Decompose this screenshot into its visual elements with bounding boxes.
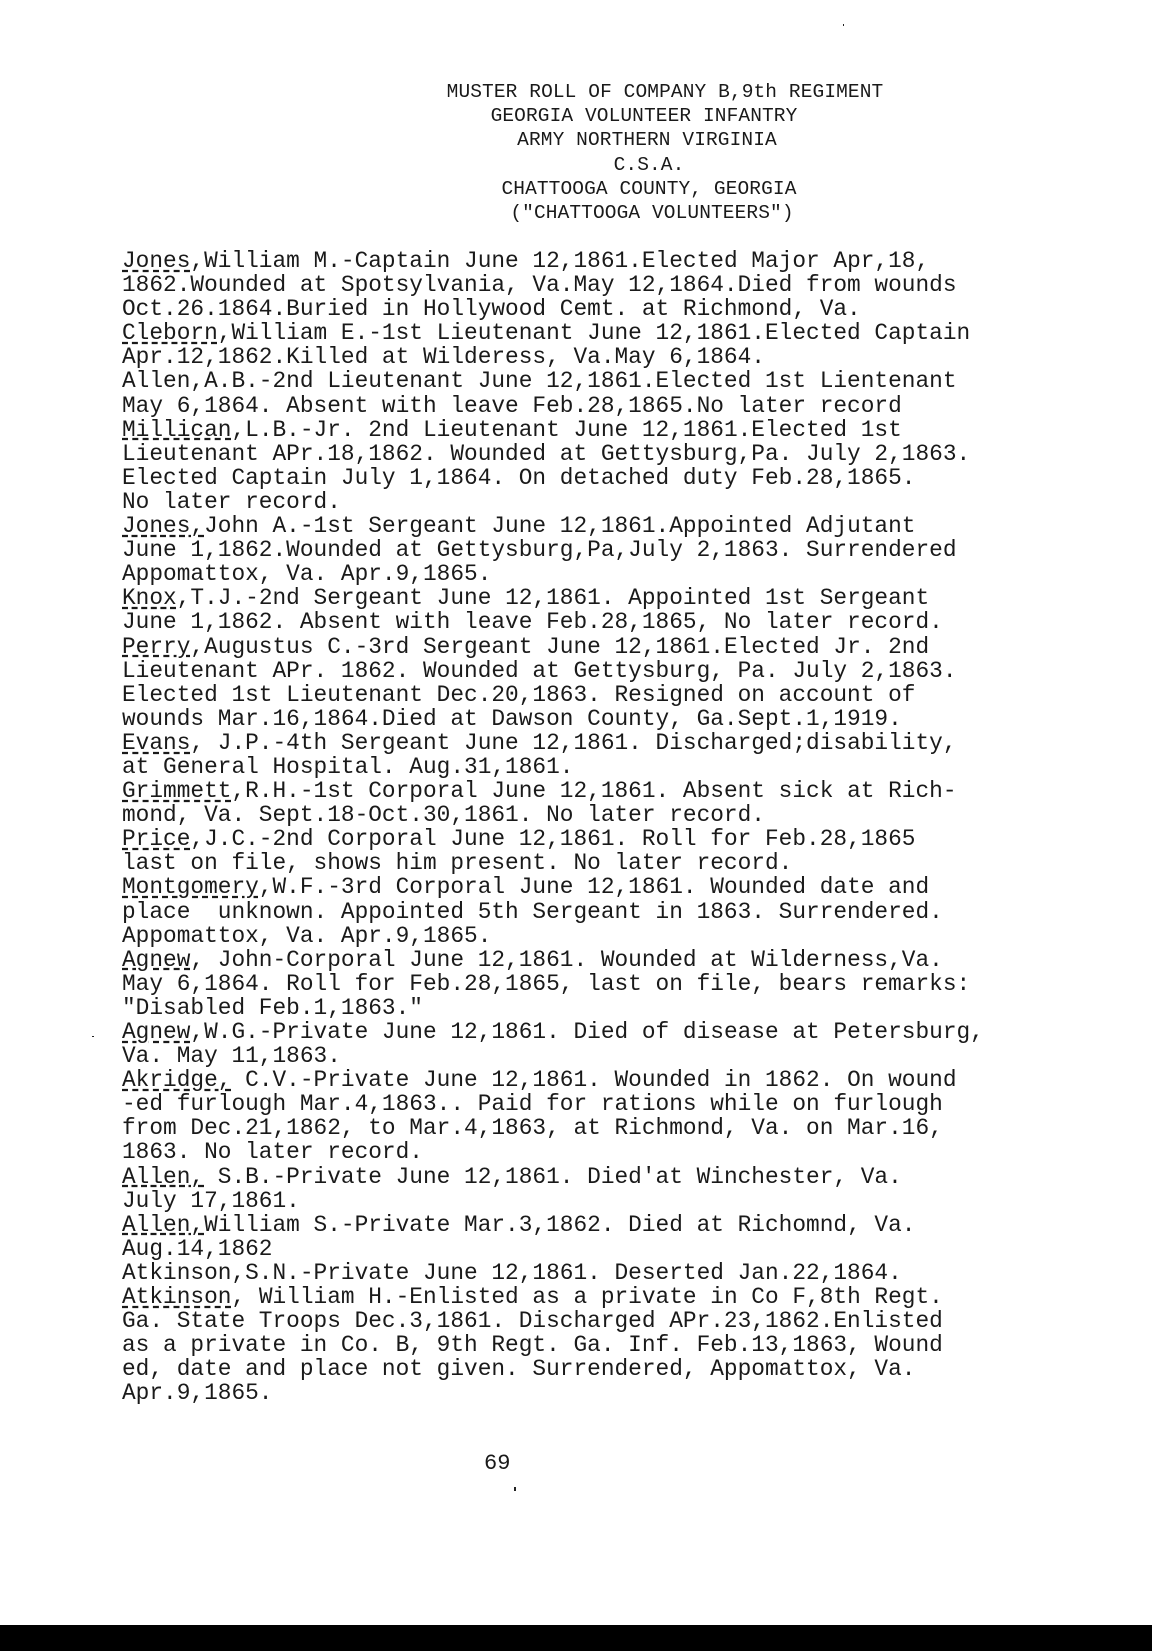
- entry-text: William S.-Private Mar.3,1862. Died at R…: [204, 1212, 915, 1238]
- entry-surname: Montgomery: [122, 874, 259, 900]
- roster-entry: Cleborn,William E.-1st Lieutenant June 1…: [122, 321, 1022, 369]
- entry-text: Allen,A.B.-2nd Lieutenant June 12,1861.E…: [122, 369, 1022, 393]
- roster-entry: Grimmett,R.H.-1st Corporal June 12,1861.…: [122, 779, 1022, 827]
- entry-text: S.B.-Private June 12,1861. Died'at Winch…: [204, 1164, 902, 1190]
- document-header: MUSTER ROLL OF COMPANY B,9th REGIMENT GE…: [0, 80, 1152, 225]
- entry-surname: Grimmett: [122, 778, 231, 804]
- entry-surname: Price: [122, 826, 190, 852]
- entry-text: Atkinson,S.N.-Private June 12,1861. Dese…: [122, 1261, 1022, 1285]
- roster-entry: Evans, J.P.-4th Sergeant June 12,1861. D…: [122, 731, 1022, 779]
- entry-text: place unknown. Appointed 5th Sergeant in…: [122, 900, 1022, 924]
- entry-text: ,W.G.-Private June 12,1861. Died of dise…: [190, 1019, 983, 1045]
- entry-text: from Dec.21,1862, to Mar.4,1863, at Rich…: [122, 1116, 1022, 1140]
- entry-surname: Knox: [122, 585, 177, 611]
- roster-entry: Millican,L.B.-Jr. 2nd Lieutenant June 12…: [122, 418, 1022, 514]
- entry-text: Apr.12,1862.Killed at Wilderess, Va.May …: [122, 345, 1022, 369]
- entry-text: John A.-1st Sergeant June 12,1861.Appoin…: [204, 513, 915, 539]
- entry-text: May 6,1864. Absent with leave Feb.28,186…: [122, 394, 1022, 418]
- header-subtitle-infantry: GEORGIA VOLUNTEER INFANTRY: [0, 104, 1152, 128]
- entry-text: , William H.-Enlisted as a private in Co…: [231, 1284, 942, 1310]
- roster-entry: Allen,A.B.-2nd Lieutenant June 12,1861.E…: [122, 369, 1022, 417]
- entry-text: Elected 1st Lieutenant Dec.20,1863. Resi…: [122, 683, 1022, 707]
- entry-text: July 17,1861.: [122, 1189, 1022, 1213]
- roster-entry: Atkinson, William H.-Enlisted as a priva…: [122, 1285, 1022, 1405]
- entry-text: 1862.Wounded at Spotsylvania, Va.May 12,…: [122, 273, 1022, 297]
- entry-text: Elected Captain July 1,1864. On detached…: [122, 466, 1022, 490]
- entry-text: , John-Corporal June 12,1861. Wounded at…: [190, 947, 942, 973]
- entry-surname: Atkinson: [122, 1284, 231, 1310]
- header-subtitle-csa: C.S.A.: [0, 153, 1152, 177]
- roster-entry: Allen,William S.-Private Mar.3,1862. Die…: [122, 1213, 1022, 1261]
- entry-text: C.V.-Private June 12,1861. Wounded in 18…: [231, 1067, 956, 1093]
- roster-entry: Montgomery,W.F.-3rd Corporal June 12,186…: [122, 875, 1022, 947]
- entry-text: as a private in Co. B, 9th Regt. Ga. Inf…: [122, 1333, 1022, 1357]
- entry-surname: Millican: [122, 417, 231, 443]
- entry-text: , J.P.-4th Sergeant June 12,1861. Discha…: [190, 730, 956, 756]
- entry-text: ,W.F.-3rd Corporal June 12,1861. Wounded…: [259, 874, 929, 900]
- entry-text: ,J.C.-2nd Corporal June 12,1861. Roll fo…: [190, 826, 915, 852]
- entry-text: ,William M.-Captain June 12,1861.Elected…: [190, 248, 929, 274]
- header-subtitle-army: ARMY NORTHERN VIRGINIA: [0, 128, 1152, 152]
- entry-text: Aug.14,1862: [122, 1237, 1022, 1261]
- entry-text: Oct.26.1864.Buried in Hollywood Cemt. at…: [122, 297, 1022, 321]
- entry-text: June 1,1862. Absent with leave Feb.28,18…: [122, 610, 1022, 634]
- roster-entry: Jones,William M.-Captain June 12,1861.El…: [122, 249, 1022, 321]
- entry-surname: Perry: [122, 634, 190, 660]
- roster-entry: Jones,John A.-1st Sergeant June 12,1861.…: [122, 514, 1022, 586]
- entry-text: Appomattox, Va. Apr.9,1865.: [122, 562, 1022, 586]
- entry-text: wounds Mar.16,1864.Died at Dawson County…: [122, 707, 1022, 731]
- roster-entry: Perry,Augustus C.-3rd Sergeant June 12,1…: [122, 635, 1022, 731]
- entry-text: Va. May 11,1863.: [122, 1044, 1022, 1068]
- header-subtitle-nickname: ("CHATTOOGA VOLUNTEERS"): [0, 201, 1152, 225]
- roster-entry: Price,J.C.-2nd Corporal June 12,1861. Ro…: [122, 827, 1022, 875]
- page-number: 69: [484, 1451, 510, 1476]
- entry-text: May 6,1864. Roll for Feb.28,1865, last o…: [122, 972, 1022, 996]
- entry-surname: Agnew: [122, 947, 190, 973]
- entry-surname: Allen,: [122, 1164, 204, 1190]
- entry-text: Apr.9,1865.: [122, 1381, 1022, 1405]
- header-subtitle-county: CHATTOOGA COUNTY, GEORGIA: [0, 177, 1152, 201]
- entry-text: ed, date and place not given. Surrendere…: [122, 1357, 1022, 1381]
- entry-text: June 1,1862.Wounded at Gettysburg,Pa,Jul…: [122, 538, 1022, 562]
- roster-entry: Akridge, C.V.-Private June 12,1861. Woun…: [122, 1068, 1022, 1164]
- entry-surname: Allen,: [122, 1212, 204, 1238]
- entry-surname: Akridge,: [122, 1067, 231, 1093]
- entry-text: No later record.: [122, 490, 1022, 514]
- entry-text: Appomattox, Va. Apr.9,1865.: [122, 924, 1022, 948]
- header-title: MUSTER ROLL OF COMPANY B,9th REGIMENT: [0, 80, 1152, 104]
- roster-entry: Agnew,W.G.-Private June 12,1861. Died of…: [122, 1020, 1022, 1068]
- roster-entry: Atkinson,S.N.-Private June 12,1861. Dese…: [122, 1261, 1022, 1285]
- entry-surname: Cleborn: [122, 320, 218, 346]
- entry-text: ,Augustus C.-3rd Sergeant June 12,1861.E…: [190, 634, 929, 660]
- entry-text: Ga. State Troops Dec.3,1861. Discharged …: [122, 1309, 1022, 1333]
- scan-border-bar: [0, 1625, 1152, 1651]
- entry-surname: Agnew: [122, 1019, 190, 1045]
- entry-text: "Disabled Feb.1,1863.": [122, 996, 1022, 1020]
- entry-text: mond, Va. Sept.18-Oct.30,1861. No later …: [122, 803, 1022, 827]
- entry-text: ,R.H.-1st Corporal June 12,1861. Absent …: [231, 778, 956, 804]
- document-page: MUSTER ROLL OF COMPANY B,9th REGIMENT GE…: [0, 0, 1152, 1651]
- scan-speck: [514, 1487, 516, 1491]
- scan-speck: [843, 24, 844, 26]
- entry-text: last on file, shows him present. No late…: [122, 851, 1022, 875]
- entry-surname: Evans: [122, 730, 190, 756]
- entry-surname: Jones: [122, 248, 190, 274]
- roster-entry: Agnew, John-Corporal June 12,1861. Wound…: [122, 948, 1022, 1020]
- entry-text: ,T.J.-2nd Sergeant June 12,1861. Appoint…: [177, 585, 929, 611]
- roster-entries: Jones,William M.-Captain June 12,1861.El…: [122, 249, 1022, 1406]
- entry-text: ,William E.-1st Lieutenant June 12,1861.…: [218, 320, 970, 346]
- entry-surname: Jones,: [122, 513, 204, 539]
- entry-text: Lieutenant APr.18,1862. Wounded at Getty…: [122, 442, 1022, 466]
- roster-entry: Allen, S.B.-Private June 12,1861. Died'a…: [122, 1165, 1022, 1213]
- entry-text: Lieutenant APr. 1862. Wounded at Gettysb…: [122, 659, 1022, 683]
- roster-entry: Knox,T.J.-2nd Sergeant June 12,1861. App…: [122, 586, 1022, 634]
- entry-text: at General Hospital. Aug.31,1861.: [122, 755, 1022, 779]
- entry-text: 1863. No later record.: [122, 1140, 1022, 1164]
- entry-text: ,L.B.-Jr. 2nd Lieutenant June 12,1861.El…: [231, 417, 901, 443]
- entry-text: -ed furlough Mar.4,1863.. Paid for ratio…: [122, 1092, 1022, 1116]
- scan-speck: [92, 1036, 94, 1037]
